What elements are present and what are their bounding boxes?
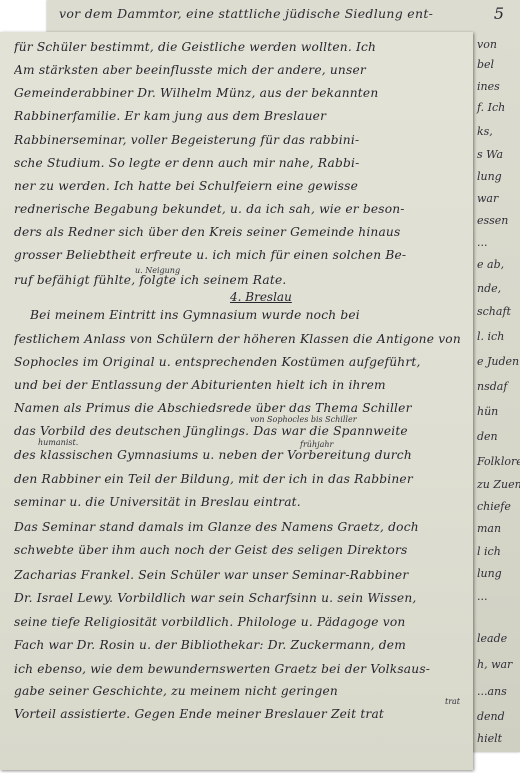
text-line: grosser Beliebtheit erfreute u. ich mich… — [14, 248, 466, 262]
text-line: Fach war Dr. Rosin u. der Bibliothekar: … — [14, 638, 466, 652]
page-number: 5 — [494, 4, 504, 23]
text-line: Vorteil assistierte. Gegen Ende meiner B… — [14, 707, 466, 721]
text-line: Am stärksten aber beeinflusste mich der … — [14, 63, 466, 77]
margin-fragment: dend — [477, 710, 505, 723]
text-line: des klassischen Gymnasiums u. neben der … — [14, 448, 466, 462]
text-line: Zacharias Frankel. Sein Schüler war unse… — [14, 568, 466, 582]
margin-fragment: s Wa — [477, 148, 503, 161]
margin-fragment: nsdaf — [477, 380, 507, 393]
text-line: Rabbinerfamilie. Er kam jung aus dem Bre… — [14, 109, 466, 123]
text-line: seminar u. die Universität in Breslau ei… — [14, 495, 466, 509]
text-line: Bei meinem Eintritt ins Gymnasium wurde … — [30, 308, 482, 322]
margin-fragment: l. ich — [477, 330, 504, 343]
margin-fragment: ks, — [477, 125, 493, 138]
text-line: festlichem Anlass von Schülern der höher… — [14, 332, 466, 346]
back-page-top-line: vor dem Dammtor, eine stattliche jüdisch… — [59, 6, 459, 21]
text-line: gabe seiner Geschichte, zu meinem nicht … — [14, 684, 466, 698]
margin-fragment: essen — [477, 214, 508, 227]
text-line: Namen als Primus die Abschiedsrede über … — [14, 401, 466, 415]
margin-fragment: lung — [477, 567, 502, 580]
text-line: ich ebenso, wie dem bewundernswerten Gra… — [14, 662, 466, 676]
text-line: den Rabbiner ein Teil der Bildung, mit d… — [14, 472, 466, 486]
text-line: für Schüler bestimmt, die Geistliche wer… — [14, 40, 466, 54]
text-line: und bei der Entlassung der Abiturienten … — [14, 378, 466, 392]
margin-fragment: zu Zuen — [477, 478, 520, 491]
text-line: Rabbinerseminar, voller Begeisterung für… — [14, 133, 466, 147]
margin-fragment: ines — [477, 80, 500, 93]
front-manuscript-page: für Schüler bestimmt, die Geistliche wer… — [0, 32, 473, 770]
text-line: ner zu werden. Ich hatte bei Schulfeiern… — [14, 179, 466, 193]
margin-fragment: von — [477, 38, 497, 51]
margin-fragment: hün — [477, 405, 498, 418]
text-line: Sophocles im Original u. entsprechenden … — [14, 355, 466, 369]
interlinear-insertion: trat — [445, 697, 460, 706]
margin-fragment: lung — [477, 170, 502, 183]
margin-fragment: e ab, — [477, 258, 504, 271]
margin-fragment: chiefe — [477, 500, 511, 513]
margin-fragment: Folklore — [477, 455, 520, 468]
margin-fragment: leade — [477, 632, 507, 645]
text-line: Dr. Israel Lewy. Vorbildlich war sein Sc… — [14, 591, 466, 605]
text-line: rednerische Begabung bekundet, u. da ich… — [14, 202, 466, 216]
margin-fragment: f. Ich — [477, 101, 505, 114]
interlinear-insertion: von Sophocles bis Schiller — [250, 415, 357, 424]
margin-fragment: hielt — [477, 732, 502, 745]
margin-fragment: nde, — [477, 282, 501, 295]
margin-fragment: ... — [477, 236, 488, 249]
margin-fragment: e Juden — [477, 355, 519, 368]
text-line: ruf befähigt fühlte, folgte ich seinem R… — [14, 273, 466, 287]
text-line: seine tiefe Religiosität vorbildlich. Ph… — [14, 615, 466, 629]
margin-fragment: war — [477, 192, 498, 205]
margin-fragment: den — [477, 430, 498, 443]
margin-fragment: ...ans — [477, 685, 507, 698]
margin-fragment: ... — [477, 590, 488, 603]
text-line: sche Studium. So legte er denn auch mir … — [14, 156, 466, 170]
text-line: ders als Redner sich über den Kreis sein… — [14, 225, 466, 239]
margin-fragment: man — [477, 522, 501, 535]
text-line: das Vorbild des deutschen Jünglings. Das… — [14, 424, 466, 438]
margin-fragment: l ich — [477, 545, 501, 558]
margin-fragment: bel — [477, 58, 494, 71]
text-line: Gemeinderabbiner Dr. Wilhelm Münz, aus d… — [14, 86, 466, 100]
margin-fragment: h, war — [477, 658, 512, 671]
text-line: schwebte über ihm auch noch der Geist de… — [14, 543, 466, 557]
margin-fragment: schaft — [477, 305, 511, 318]
section-heading-breslau: 4. Breslau — [230, 290, 292, 304]
interlinear-insertion: humanist. — [38, 438, 78, 447]
text-line: Das Seminar stand damals im Glanze des N… — [14, 520, 466, 534]
